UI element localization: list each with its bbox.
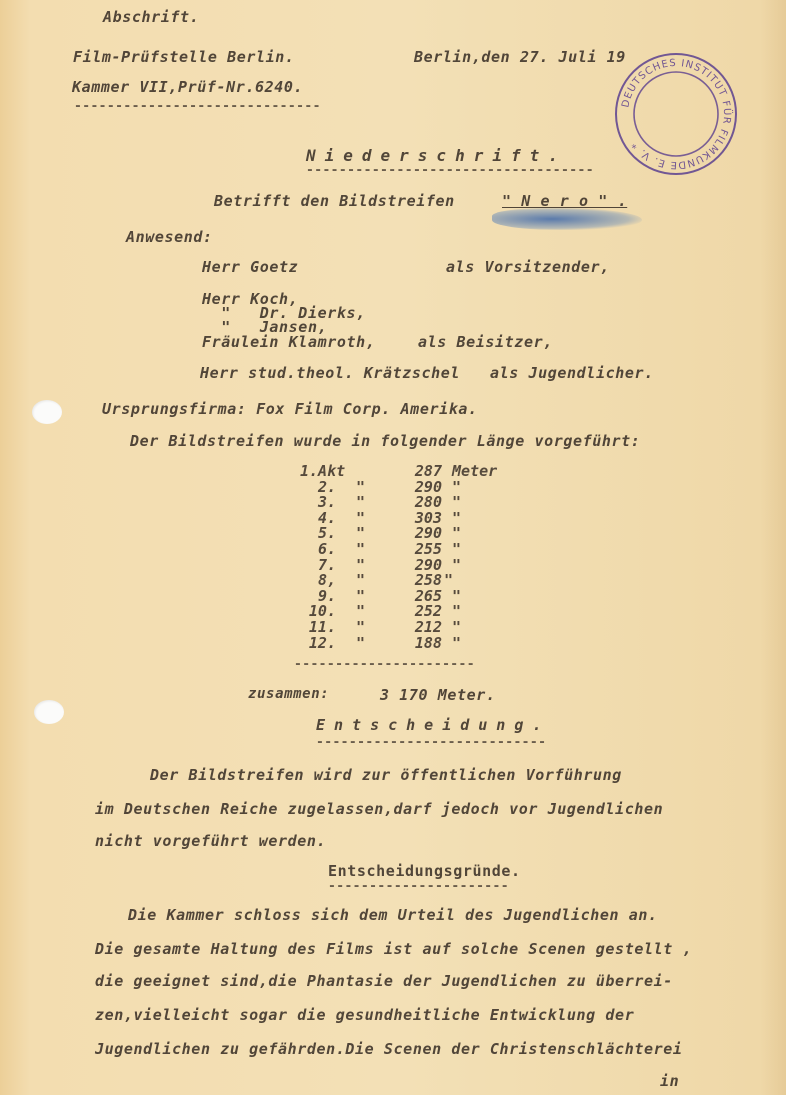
total-value: 3 170 Meter. bbox=[380, 686, 496, 704]
reasons-text-line: Die Kammer schloss sich dem Urteil des J… bbox=[128, 906, 658, 924]
attendee-name: Herr Goetz bbox=[202, 258, 298, 276]
svg-text:DEUTSCHES INSTITUT FÜR FILMKUN: DEUTSCHES INSTITUT FÜR FILMKUNDE E. V. * bbox=[620, 58, 734, 170]
institute-stamp: DEUTSCHES INSTITUT FÜR FILMKUNDE E. V. * bbox=[612, 50, 740, 178]
copy-label: Abschrift. bbox=[103, 8, 199, 26]
place-date: Berlin,den 27. Juli 19 bbox=[414, 48, 626, 66]
subject-prefix: Betrifft den Bildstreifen bbox=[214, 192, 455, 210]
blue-pencil-mark bbox=[492, 208, 642, 230]
chamber-reference: Kammer VII,Prüf-Nr.6240. bbox=[72, 78, 303, 96]
reasons-text-line: zen,vielleicht sogar die gesundheitliche… bbox=[95, 1006, 634, 1024]
punch-hole-bottom bbox=[34, 700, 64, 724]
decision-text-line: Der Bildstreifen wird zur öffentlichen V… bbox=[150, 766, 622, 784]
decision-text-line: im Deutschen Reiche zugelassen,darf jedo… bbox=[95, 800, 663, 818]
total-label: zusammen: bbox=[248, 686, 329, 702]
attendee-name: Fräulein Klamroth, bbox=[202, 333, 375, 351]
reasons-text-line: die geeignet sind,die Phantasie der Juge… bbox=[95, 972, 673, 990]
attendee-role: als Vorsitzender, bbox=[446, 258, 610, 276]
reasons-text-line: Jugendlichen zu gefährden.Die Scenen der… bbox=[95, 1040, 682, 1058]
reasons-text-line: Die gesamte Haltung des Films ist auf so… bbox=[95, 940, 692, 958]
decision-text-line: nicht vorgeführt werden. bbox=[95, 832, 326, 850]
origin-company: Ursprungsfirma: Fox Film Corp. Amerika. bbox=[102, 400, 478, 418]
attendee-role: als Beisitzer, bbox=[418, 333, 553, 351]
attendee-role: als Jugendlicher. bbox=[490, 364, 654, 382]
attendee-name: Herr stud.theol. Krätzschel bbox=[200, 364, 460, 382]
reasons-rule: ---------------------- bbox=[328, 882, 509, 892]
decision-rule: ---------------------------- bbox=[316, 738, 546, 748]
length-intro: Der Bildstreifen wurde in folgender Läng… bbox=[130, 432, 640, 450]
reasons-heading: Entscheidungsgründe. bbox=[328, 862, 521, 880]
office-name: Film-Prüfstelle Berlin. bbox=[73, 48, 295, 66]
decision-heading: Entscheidung. bbox=[316, 716, 550, 734]
acts-total-rule: ---------------------- bbox=[294, 660, 475, 670]
page-continuation: in bbox=[660, 1072, 679, 1090]
punch-hole-top bbox=[32, 400, 62, 424]
header-separator: ------------------------------ bbox=[74, 102, 321, 112]
subject-film-title: " N e r o " . bbox=[502, 192, 627, 210]
present-label: Anwesend: bbox=[126, 228, 213, 246]
title-rule: ----------------------------------- bbox=[306, 166, 594, 176]
